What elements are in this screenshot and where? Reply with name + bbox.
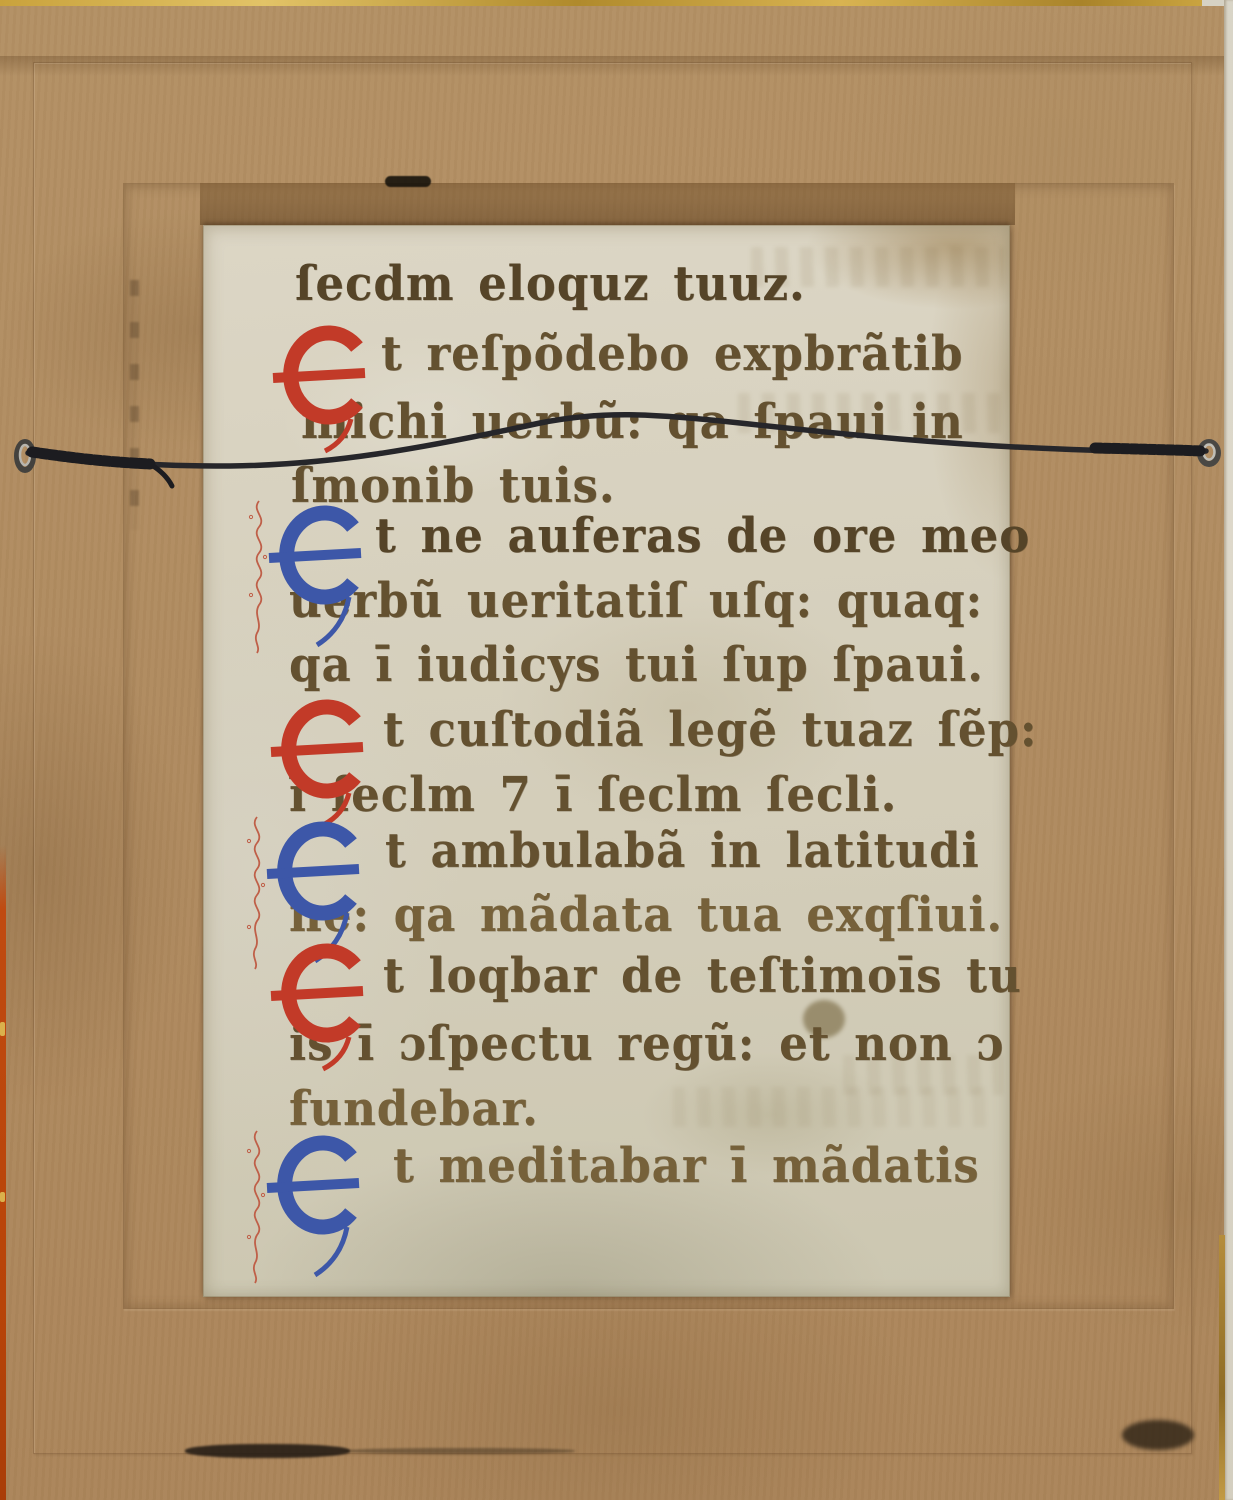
gilt-frame-edge-top — [0, 0, 1202, 6]
manuscript-leaf: ſecdm eloquz tuuz. t reſpõdebo expbrãtib… — [203, 225, 1010, 1297]
orange-frame-edge-left — [0, 845, 6, 1500]
window-opening-shadow — [200, 183, 1015, 225]
uncial-e-glyph — [263, 1131, 367, 1281]
illuminated-initial-red: E — [269, 321, 373, 471]
text-line: t reſpõdebo expbrãtib — [381, 325, 963, 382]
illuminated-initial-red: E — [267, 939, 371, 1089]
gold-fleck — [0, 1022, 5, 1036]
framed-manuscript-photo: ſecdm eloquz tuuz. t reſpõdebo expbrãtib… — [0, 0, 1233, 1500]
uncial-e-glyph — [267, 939, 371, 1089]
penwork-flourish — [243, 495, 269, 655]
ink-spot-stain — [385, 176, 431, 187]
frame-edge-right — [1224, 0, 1233, 1500]
gilt-frame-edge-bottom-right — [1219, 1235, 1225, 1500]
smudge-stain — [185, 1444, 350, 1458]
wire-eyelet-right — [1200, 442, 1218, 464]
illuminated-initial-blue: E — [263, 1131, 367, 1281]
uncial-e-glyph — [265, 501, 369, 651]
text-line: t cuſtodiã legẽ tuaz ſẽp: — [383, 701, 1038, 758]
text-line: ī ſeclm 7 ī ſeclm ſecli. — [289, 766, 897, 823]
text-line: t ambulabã in latitudi — [385, 822, 980, 879]
gold-fleck — [0, 1192, 5, 1202]
penwork-flourish — [241, 811, 267, 971]
text-line: ſecdm eloquz tuuz. — [295, 255, 806, 312]
text-line: is ī ɔſpectu regũ: et non ɔ — [289, 1015, 1005, 1072]
dirt-streak — [130, 280, 139, 530]
wire-eyelet-left — [17, 442, 33, 470]
text-line: uerbũ ueritatiſ uſq: quaq: — [289, 572, 983, 629]
text-line: t meditabar ī mãdatis — [393, 1137, 980, 1194]
text-line: ne: qa mãdata tua exqſiui. — [289, 886, 1003, 943]
illuminated-initial-blue: E — [265, 501, 369, 651]
text-line: qa ī iudicys tui ſup ſpaui. — [289, 636, 984, 693]
text-line: michi uerbũ: qa ſpaui in — [301, 393, 964, 450]
text-line: t ne auferas de ore meo — [375, 507, 1030, 564]
text-line: t loqbar de teſtimoīs tu — [383, 947, 1022, 1004]
smudge-stain — [1122, 1420, 1194, 1450]
penwork-flourish — [241, 1125, 267, 1285]
uncial-e-glyph — [269, 321, 373, 471]
smudge-stain — [345, 1448, 575, 1454]
